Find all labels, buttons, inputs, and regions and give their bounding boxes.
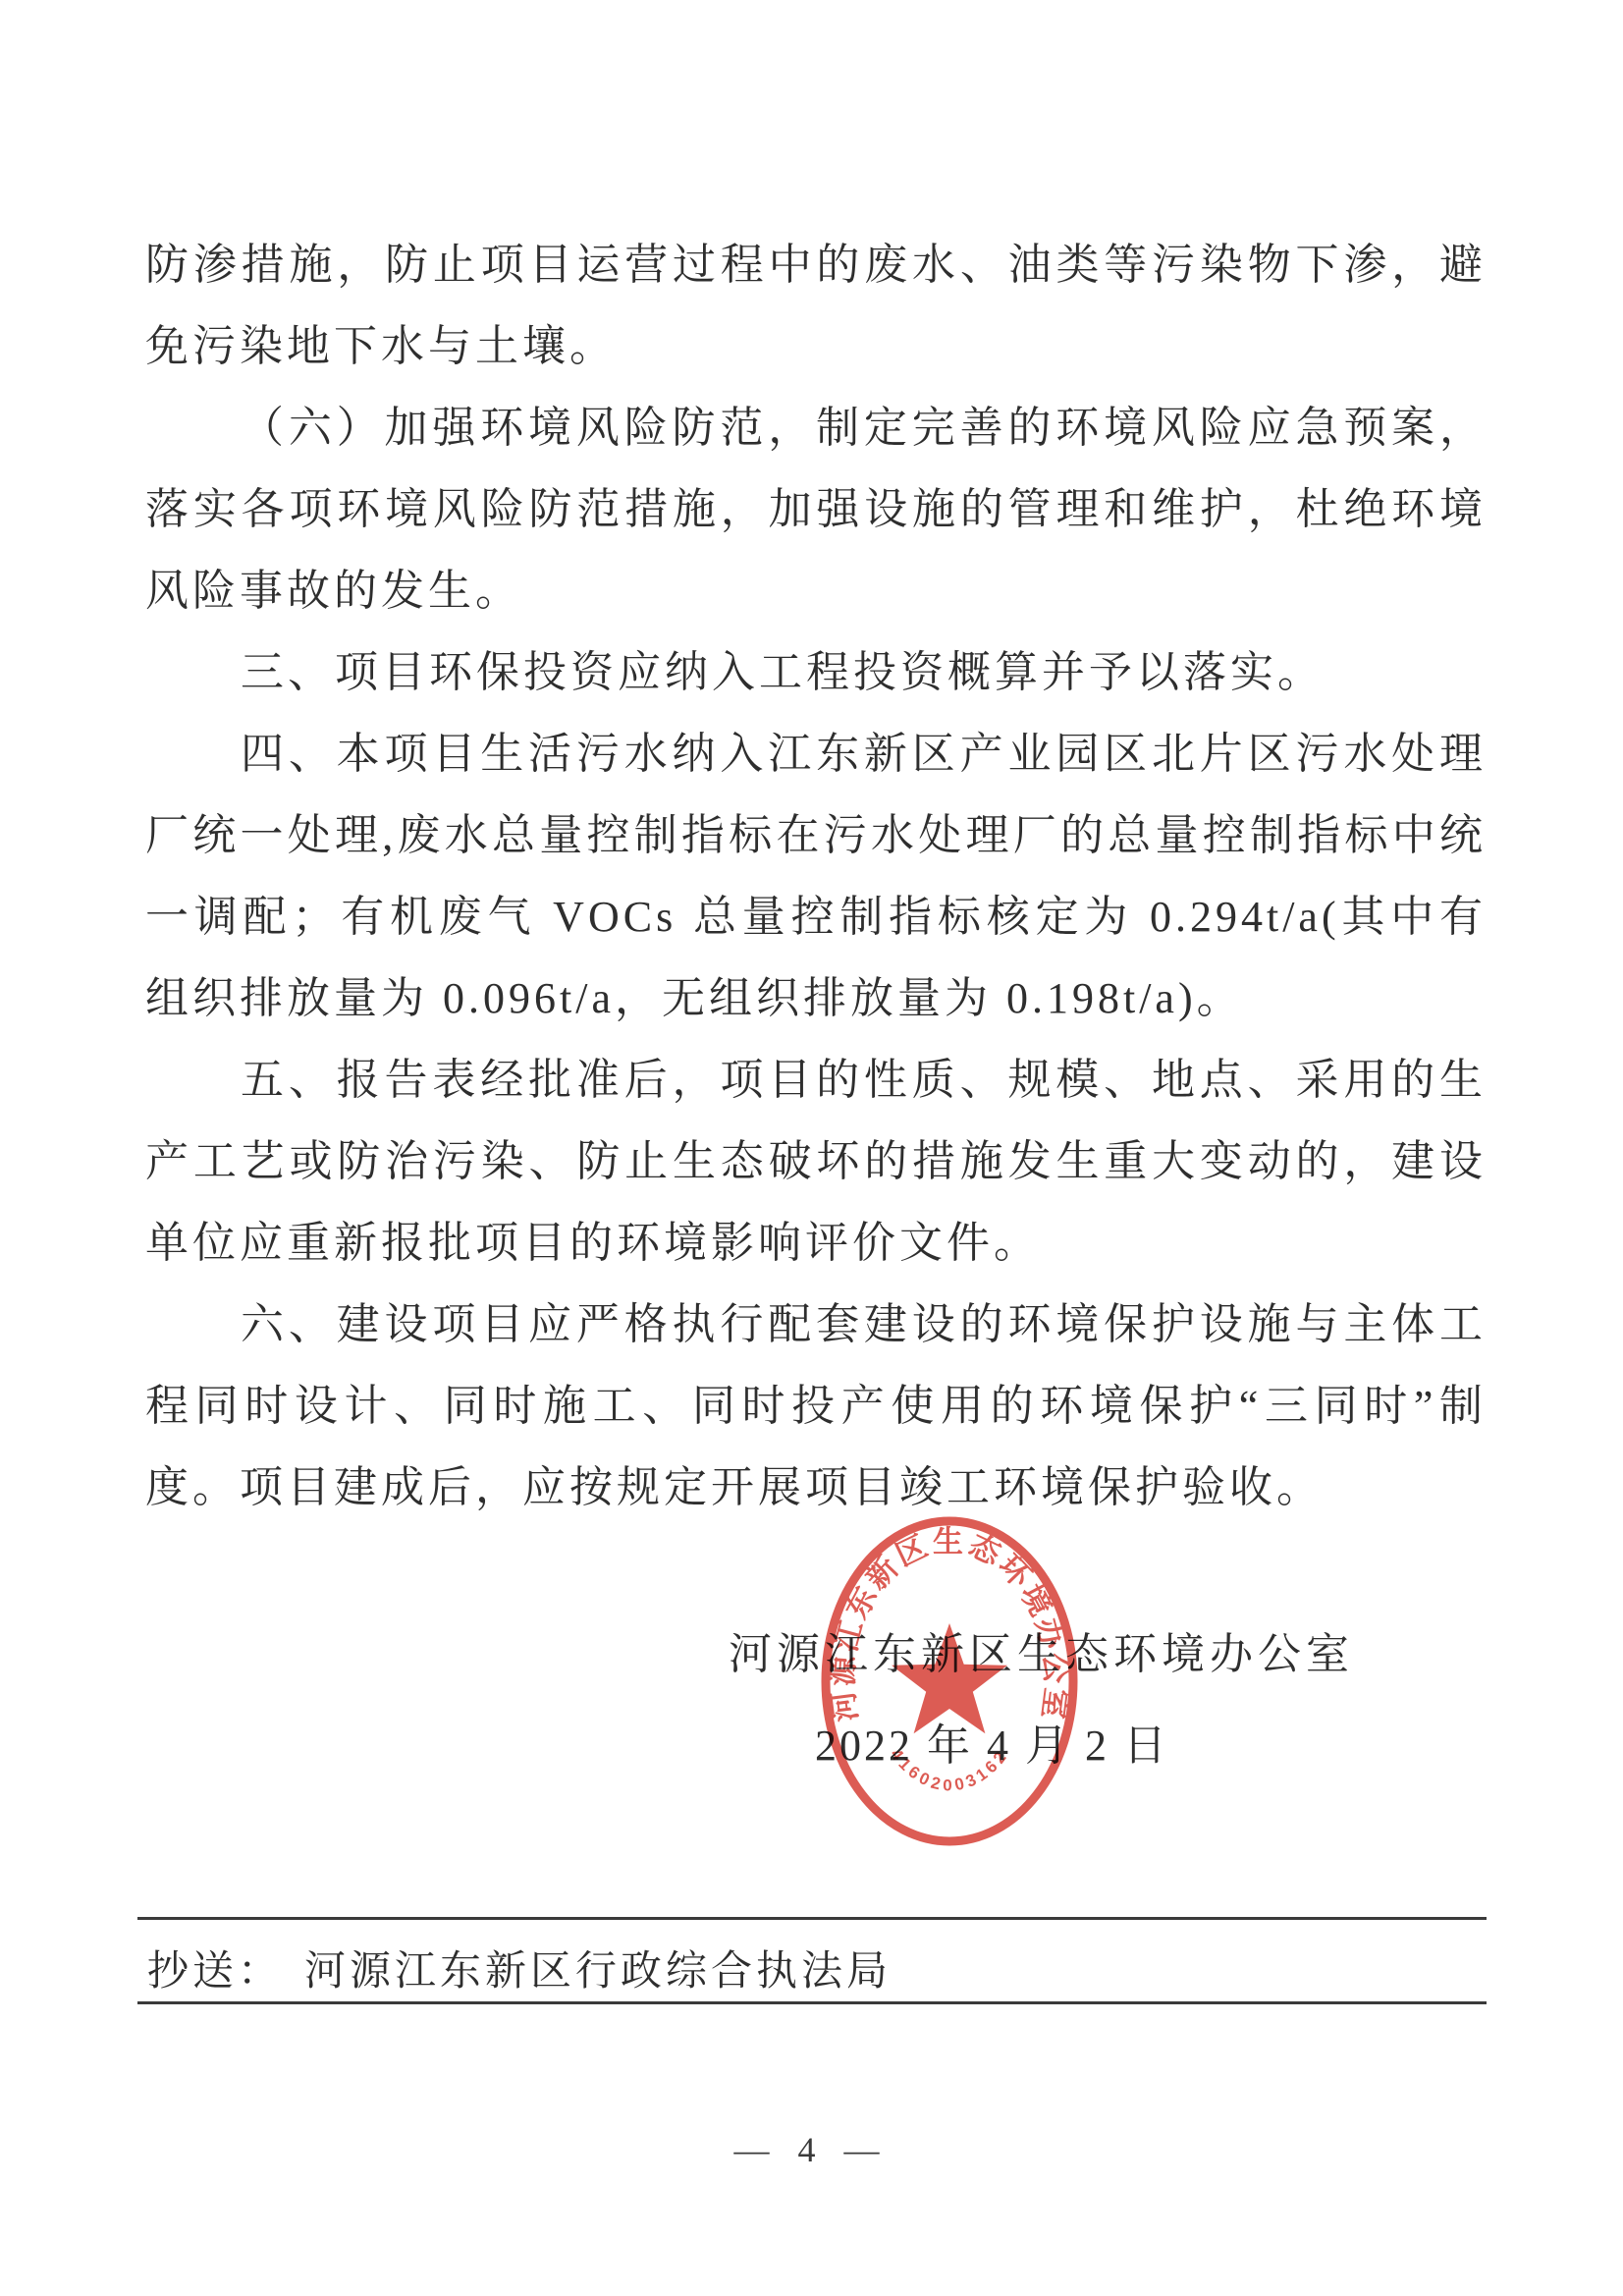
footer-rule-bottom <box>137 2001 1487 2004</box>
page-number: — 4 — <box>0 2129 1623 2170</box>
footer-rule-top <box>137 1917 1487 1920</box>
document-body: 防渗措施，防止项目运营过程中的废水、油类等污染物下渗，避免污染地下水与土壤。 （… <box>145 224 1487 1528</box>
seal-star-icon <box>892 1623 1007 1733</box>
document-page: 防渗措施，防止项目运营过程中的废水、油类等污染物下渗，避免污染地下水与土壤。 （… <box>0 0 1623 2296</box>
cc-line: 抄送：河源江东新区行政综合执法局 <box>147 1939 892 1997</box>
paragraph-article-3: 三、项目环保投资应纳入工程投资概算并予以落实。 <box>145 631 1487 713</box>
cc-recipient: 河源江东新区行政综合执法局 <box>304 1949 892 1995</box>
paragraph-continuation: 防渗措施，防止项目运营过程中的废水、油类等污染物下渗，避免污染地下水与土壤。 <box>145 224 1487 387</box>
paragraph-article-4: 四、本项目生活污水纳入江东新区产业园区北片区污水处理厂统一处理,废水总量控制指标… <box>145 713 1487 1039</box>
paragraph-article-5: 五、报告表经批准后，项目的性质、规模、地点、采用的生产工艺或防治污染、防止生态破… <box>145 1039 1487 1284</box>
paragraph-item-6: （六）加强环境风险防范，制定完善的环境风险应急预案，落实各项环境风险防范措施，加… <box>145 387 1487 631</box>
official-seal: 河源江东新区生态环境办公室 4416020031621 <box>814 1511 1085 1851</box>
cc-label: 抄送： <box>147 1949 283 1995</box>
paragraph-article-6: 六、建设项目应严格执行配套建设的环境保护设施与主体工程同时设计、同时施工、同时投… <box>145 1284 1487 1528</box>
